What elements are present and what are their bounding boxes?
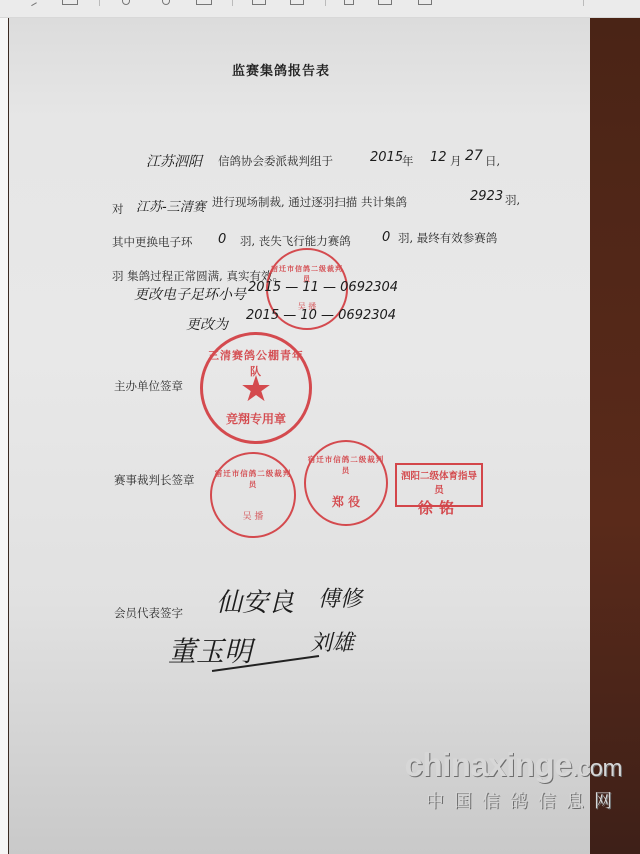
month-unit: 月	[450, 153, 462, 169]
zoom-out-icon[interactable]	[162, 0, 170, 5]
year-handwritten: 2015	[370, 150, 403, 165]
document-photo	[0, 18, 640, 854]
referee-seal-1: 宿迁市信鸽二级裁判员 吴 播	[210, 452, 296, 538]
paper-sheet	[8, 18, 591, 854]
lost-count: 0	[382, 230, 390, 245]
signature-2: 傅修	[318, 582, 362, 613]
toolbar-separator	[583, 0, 584, 6]
amendment-to-ring: 2015 — 10 — 0692304	[246, 308, 396, 323]
referee-rect-seal: 泗阳二级体育指导员 徐铭	[395, 463, 483, 507]
grid-icon[interactable]	[62, 0, 78, 5]
month-handwritten: 12	[430, 150, 447, 165]
year-unit: 年	[402, 153, 414, 169]
replaced-count: 0	[218, 232, 226, 247]
line1-text: 信鸽协会委派裁判组于	[218, 153, 333, 169]
line3-text-c: 羽, 最终有效参赛鸽	[398, 230, 497, 246]
delete-icon[interactable]	[344, 0, 354, 5]
star-icon: ★	[203, 369, 309, 410]
signature-4: 刘雄	[310, 626, 354, 657]
amendment-to-label: 更改为	[186, 314, 228, 334]
target-handwritten: 江苏-三清赛	[136, 196, 206, 215]
amendment-from-ring: 2015 — 11 — 0692304	[248, 280, 398, 295]
fullscreen-icon[interactable]	[378, 0, 392, 5]
watermark-subtitle: 中国信鸽信息网	[426, 787, 622, 813]
fit-icon[interactable]	[196, 0, 212, 5]
day-handwritten: 27	[465, 148, 483, 164]
count-handwritten: 2923	[470, 189, 503, 204]
line2-prefix: 对	[112, 201, 124, 217]
line3-text-b: 羽, 丧失飞行能力赛鸽	[240, 233, 351, 249]
line2-text: 进行现场制裁, 通过逐羽扫描 共计集鸽	[212, 194, 407, 210]
zoom-in-icon[interactable]	[122, 0, 130, 5]
toolbar-separator	[99, 0, 100, 6]
line3-text-a: 其中更换电子环	[112, 234, 193, 250]
organizer-signature-label: 主办单位签章	[114, 378, 183, 394]
margin-strip	[0, 18, 8, 854]
prev-icon[interactable]	[252, 0, 266, 5]
day-unit: 日,	[485, 153, 500, 169]
toolbar-separator	[325, 0, 326, 6]
rotate-icon[interactable]	[29, 0, 37, 6]
window-icon[interactable]	[418, 0, 432, 5]
count-unit: 羽,	[505, 192, 520, 208]
organizer-seal: 三清赛鸽公棚青年队 ★ 竞翔专用章	[200, 332, 312, 444]
desk-background	[590, 18, 640, 854]
referee-seal-2: 宿迁市信鸽二级裁判员 郑 役	[304, 440, 388, 526]
viewer-toolbar	[0, 0, 640, 18]
next-icon[interactable]	[290, 0, 304, 5]
referee-signature-label: 赛事裁判长签章	[114, 472, 195, 488]
document-title: 监赛集鸽报告表	[232, 60, 330, 79]
org-handwritten: 江苏泗阳	[146, 151, 202, 171]
toolbar-separator	[232, 0, 233, 6]
signature-3: 董玉明	[168, 630, 252, 670]
amendment-label: 更改电子足环小号	[134, 284, 246, 304]
signature-1: 仙安良	[216, 582, 294, 619]
watermark-logo: chinaxinge.com	[405, 746, 622, 784]
member-signature-label: 会员代表签字	[114, 605, 183, 621]
